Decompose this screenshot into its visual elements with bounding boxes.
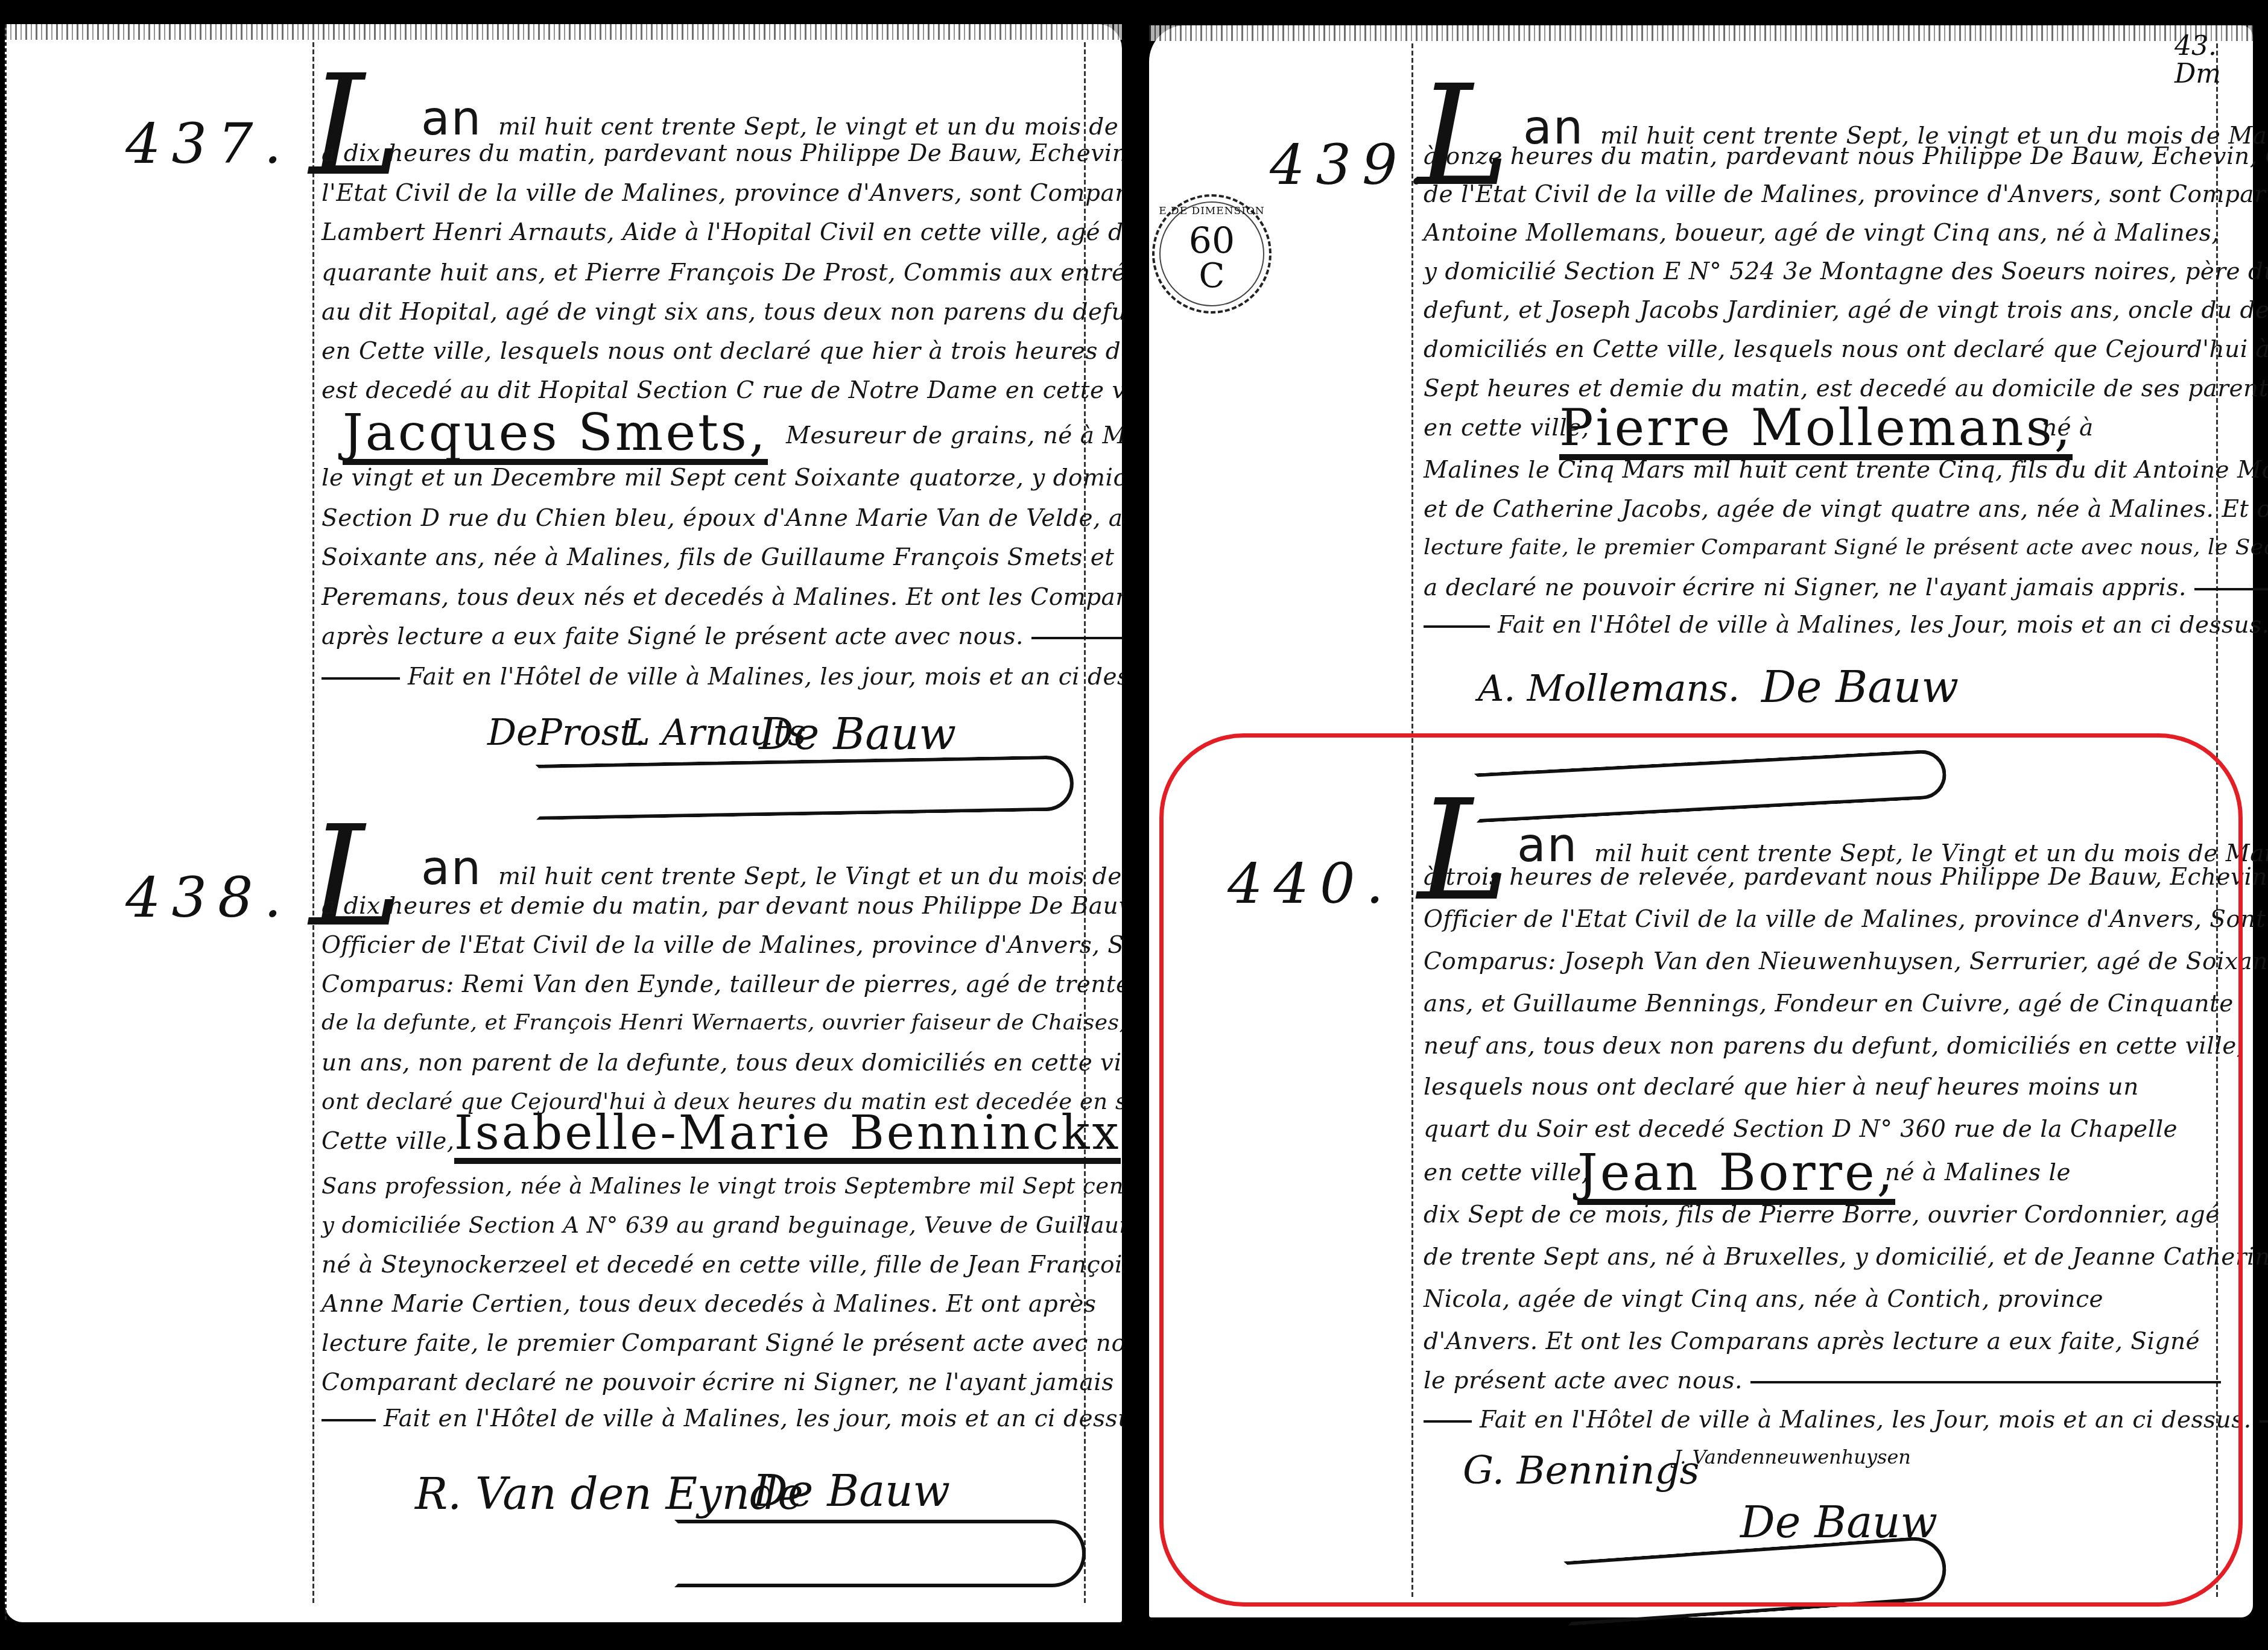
entry-line: est decedé au dit Hopital Section C rue … [322, 377, 1171, 404]
entry-line: Fait en l'Hôtel de ville à Malines, les … [1424, 612, 2268, 639]
entry-line: lecture faite, le premier Comparant Sign… [1424, 535, 2268, 560]
signature-flourish [535, 755, 1074, 820]
signature: DeProst. [487, 712, 646, 754]
entry-line: Section D rue du Chien bleu, époux d'Ann… [322, 505, 1204, 532]
signature: R. Van den Eynde [415, 1468, 803, 1519]
deceased-name: Isabelle-Marie Benninckx [454, 1110, 1121, 1164]
decorative-initial: L [309, 57, 402, 196]
entry-line: après lecture a eux faite Signé le prése… [322, 623, 1231, 650]
entry-line: Peremans, tous deux nés et decedés à Mal… [322, 584, 1169, 611]
entry-line: Fait en l'Hôtel de ville à Malines, les … [322, 1405, 1221, 1432]
entry-number: 439. [1270, 133, 1437, 197]
entry-line: Comparant declaré ne pouvoir écrire ni S… [322, 1369, 1250, 1396]
entry-number: 437. [125, 112, 293, 176]
entry-line: à onze heures du matin, pardevant nous P… [1424, 143, 2268, 170]
entry-line: Cette ville, [322, 1128, 455, 1155]
entry-line: quarante huit ans, et Pierre François De… [322, 259, 1153, 286]
page-left-edge [5, 24, 7, 1622]
book-gutter [1122, 0, 1149, 1650]
left-page: 437. L an mil huit cent trente Sept, le … [5, 24, 1122, 1622]
folio-mark: Dm [2175, 60, 2221, 88]
entry-line: defunt, et Joseph Jacobs Jardinier, agé … [1424, 297, 2268, 324]
deceased-name: Pierre Mollemans, [1559, 402, 2073, 460]
page-top-edge [5, 24, 1122, 40]
entry-line: et de Catherine Jacobs, agée de vingt qu… [1424, 496, 2268, 523]
decorative-initial: L [309, 808, 402, 947]
entry-line: Lambert Henri Arnauts, Aide à l'Hopital … [322, 219, 1138, 246]
stamp-legend: E DE DIMENSION [1155, 205, 1269, 217]
highlight-box-entry-440 [1159, 733, 2243, 1607]
entry-line: Antoine Mollemans, boueur, agé de vingt … [1424, 220, 2219, 247]
signature: A. Mollemans. [1478, 668, 1740, 710]
page-top-edge [1149, 25, 2253, 41]
entry-line: en Cette ville, lesquels nous ont declar… [322, 338, 1233, 365]
entry-line: Soixante ans, née à Malines, fils de Gui… [322, 544, 1232, 571]
folio-number-text: 43. [2175, 33, 2221, 60]
entry-line: né à [2042, 414, 2094, 441]
stamp-ring [1159, 201, 1264, 306]
entry-line: an mil huit cent trente Sept, le vingt e… [421, 92, 1180, 146]
signature-de-bauw: De Bauw [759, 709, 956, 759]
entry-line: Anne Marie Certien, tous deux decedés à … [322, 1291, 1096, 1318]
entry-line: Fait en l'Hôtel de ville à Malines, les … [322, 663, 1258, 691]
signature-de-bauw: De Bauw [1761, 662, 1959, 712]
entry-line: domiciliés en Cette ville, lesquels nous… [1424, 336, 2268, 363]
entry-line: le vingt et un Decembre mil Sept cent So… [322, 464, 1164, 492]
entry-line: a declaré ne pouvoir écrire ni Signer, n… [1424, 574, 2268, 601]
entry-line: Malines le Cinq Mars mil huit cent trent… [1424, 457, 2268, 484]
entry-line: y domicilié Section E N° 524 3e Montagne… [1424, 258, 2268, 285]
tax-stamp: E DE DIMENSION 60 C [1152, 194, 1272, 314]
entry-line: à dix heures et demie du matin, par deva… [322, 893, 1257, 920]
entry-line: an mil huit cent trente Sept, le Vingt e… [421, 841, 1184, 896]
signature-de-bauw: De Bauw [753, 1465, 950, 1516]
entry-line: l'Etat Civil de la ville de Malines, pro… [322, 180, 1162, 207]
entry-line: Officier de l'Etat Civil de la ville de … [322, 932, 1164, 959]
deceased-name: Jacques Smets, [343, 407, 768, 465]
folio-number: 43. Dm [2175, 33, 2221, 88]
entry-line: de l'Etat Civil de la ville de Malines, … [1424, 181, 2268, 208]
signature-flourish [674, 1520, 1086, 1587]
entry-number: 438. [125, 865, 293, 930]
